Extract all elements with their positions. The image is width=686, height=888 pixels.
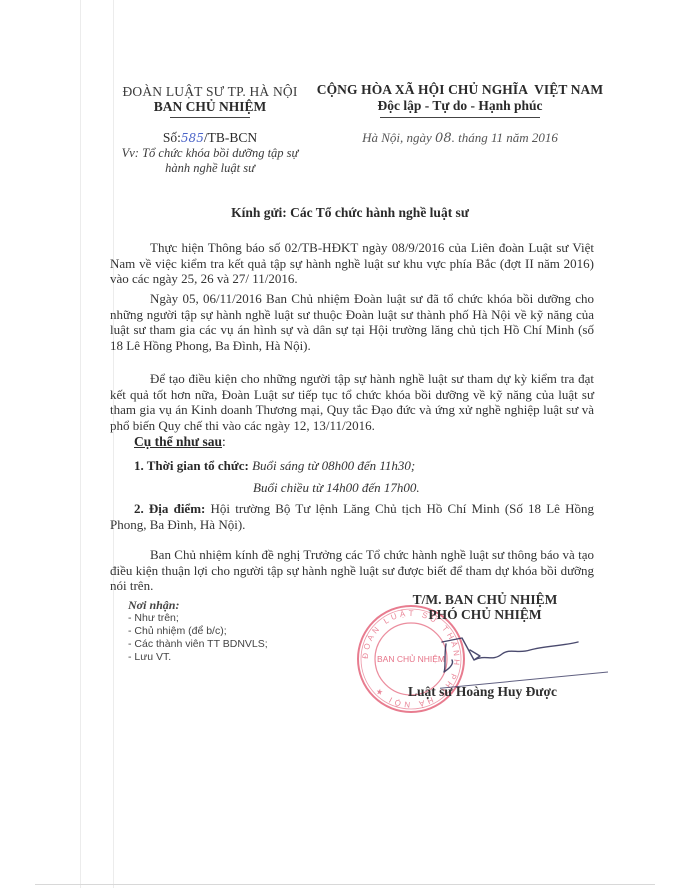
paragraph-text: Ban Chủ nhiệm kính đề nghị Trưởng các Tổ… (110, 547, 594, 594)
subject-line-2: hành nghề luật sư (100, 161, 320, 176)
subject-line-1: Vv: Tổ chức khóa bồi dưỡng tập sự (100, 146, 320, 161)
paragraph-text: Thực hiện Thông báo số 02/TB-HĐKT ngày 0… (110, 240, 594, 287)
detail-time: 1. Thời gian tổ chức: Buổi sáng từ 08h00… (134, 458, 415, 474)
national-motto: Độc lập - Tự do - Hạnh phúc (310, 98, 610, 114)
issuer-organization: ĐOÀN LUẬT SƯ TP. HÀ NỘI (100, 84, 320, 99)
issuer-board: BAN CHỦ NHIỆM (100, 99, 320, 115)
signature-block: T/M. BAN CHỦ NHIỆM PHÓ CHỦ NHIỆM (340, 592, 630, 622)
time-morning: Buổi sáng từ 08h00 đến 11h30; (252, 458, 415, 473)
paragraph-text: Ngày 05, 06/11/2016 Ban Chủ nhiệm Đoàn l… (110, 291, 594, 353)
number-prefix: Số: (163, 130, 181, 145)
paragraph-2: Ngày 05, 06/11/2016 Ban Chủ nhiệm Đoàn l… (110, 291, 594, 353)
motto-divider (380, 117, 540, 118)
scan-artifact-line (80, 0, 81, 888)
issuer-header: ĐOÀN LUẬT SƯ TP. HÀ NỘI BAN CHỦ NHIỆM Số… (100, 84, 320, 176)
national-title: CỘNG HÒA XÃ HỘI CHỦ NGHĨA VIỆT NAM (310, 82, 610, 98)
place-label: 2. Địa điểm: (134, 501, 205, 516)
recipient-item: - Lưu VT. (128, 651, 268, 664)
details-heading: Cụ thể như sau: (134, 434, 226, 450)
page-bottom-edge (35, 884, 655, 885)
time-label: 1. Thời gian tổ chức: (134, 458, 249, 473)
date-prefix: Hà Nội, ngày (362, 130, 435, 145)
paragraph-4: Ban Chủ nhiệm kính đề nghị Trưởng các Tổ… (110, 547, 594, 594)
salutation: Kính gửi: Các Tổ chức hành nghề luật sư (100, 205, 600, 221)
recipient-item: - Chủ nhiệm (để b/c); (128, 625, 268, 638)
document-date: Hà Nội, ngày 08. tháng 11 năm 2016 (310, 130, 610, 146)
recipients-title: Nơi nhận: (128, 598, 268, 612)
document-number: Số:585/TB-BCN (100, 130, 320, 146)
signature-title-1: T/M. BAN CHỦ NHIỆM (340, 592, 630, 607)
handwritten-day: 08 (435, 131, 452, 146)
details-heading-colon: : (222, 434, 226, 449)
signer-name: Luật sư Hoàng Huy Được (408, 684, 557, 700)
details-heading-text: Cụ thể như sau (134, 434, 222, 449)
recipient-item: - Các thành viên TT BDNVLS; (128, 638, 268, 651)
header-divider (170, 117, 250, 118)
signature-title-2: PHÓ CHỦ NHIỆM (340, 607, 630, 622)
paragraph-1: Thực hiện Thông báo số 02/TB-HĐKT ngày 0… (110, 240, 594, 287)
detail-place: 2. Địa điểm: Hội trường Bộ Tư lệnh Lăng … (110, 501, 594, 532)
time-afternoon: Buổi chiều từ 14h00 đến 17h00. (253, 480, 420, 496)
recipients-list: Nơi nhận: - Như trên; - Chủ nhiệm (để b/… (128, 598, 268, 664)
recipient-item: - Như trên; (128, 612, 268, 625)
paragraph-3: Để tạo điều kiện cho những người tập sự … (110, 371, 594, 433)
date-suffix: . tháng 11 năm 2016 (452, 130, 558, 145)
handwritten-number: 585 (181, 131, 204, 145)
number-suffix: /TB-BCN (204, 130, 257, 145)
stamp-center-text: BAN CHỦ NHIỆM (377, 653, 445, 664)
national-header: CỘNG HÒA XÃ HỘI CHỦ NGHĨA VIỆT NAM Độc l… (310, 82, 610, 146)
paragraph-text: Để tạo điều kiện cho những người tập sự … (110, 371, 594, 433)
